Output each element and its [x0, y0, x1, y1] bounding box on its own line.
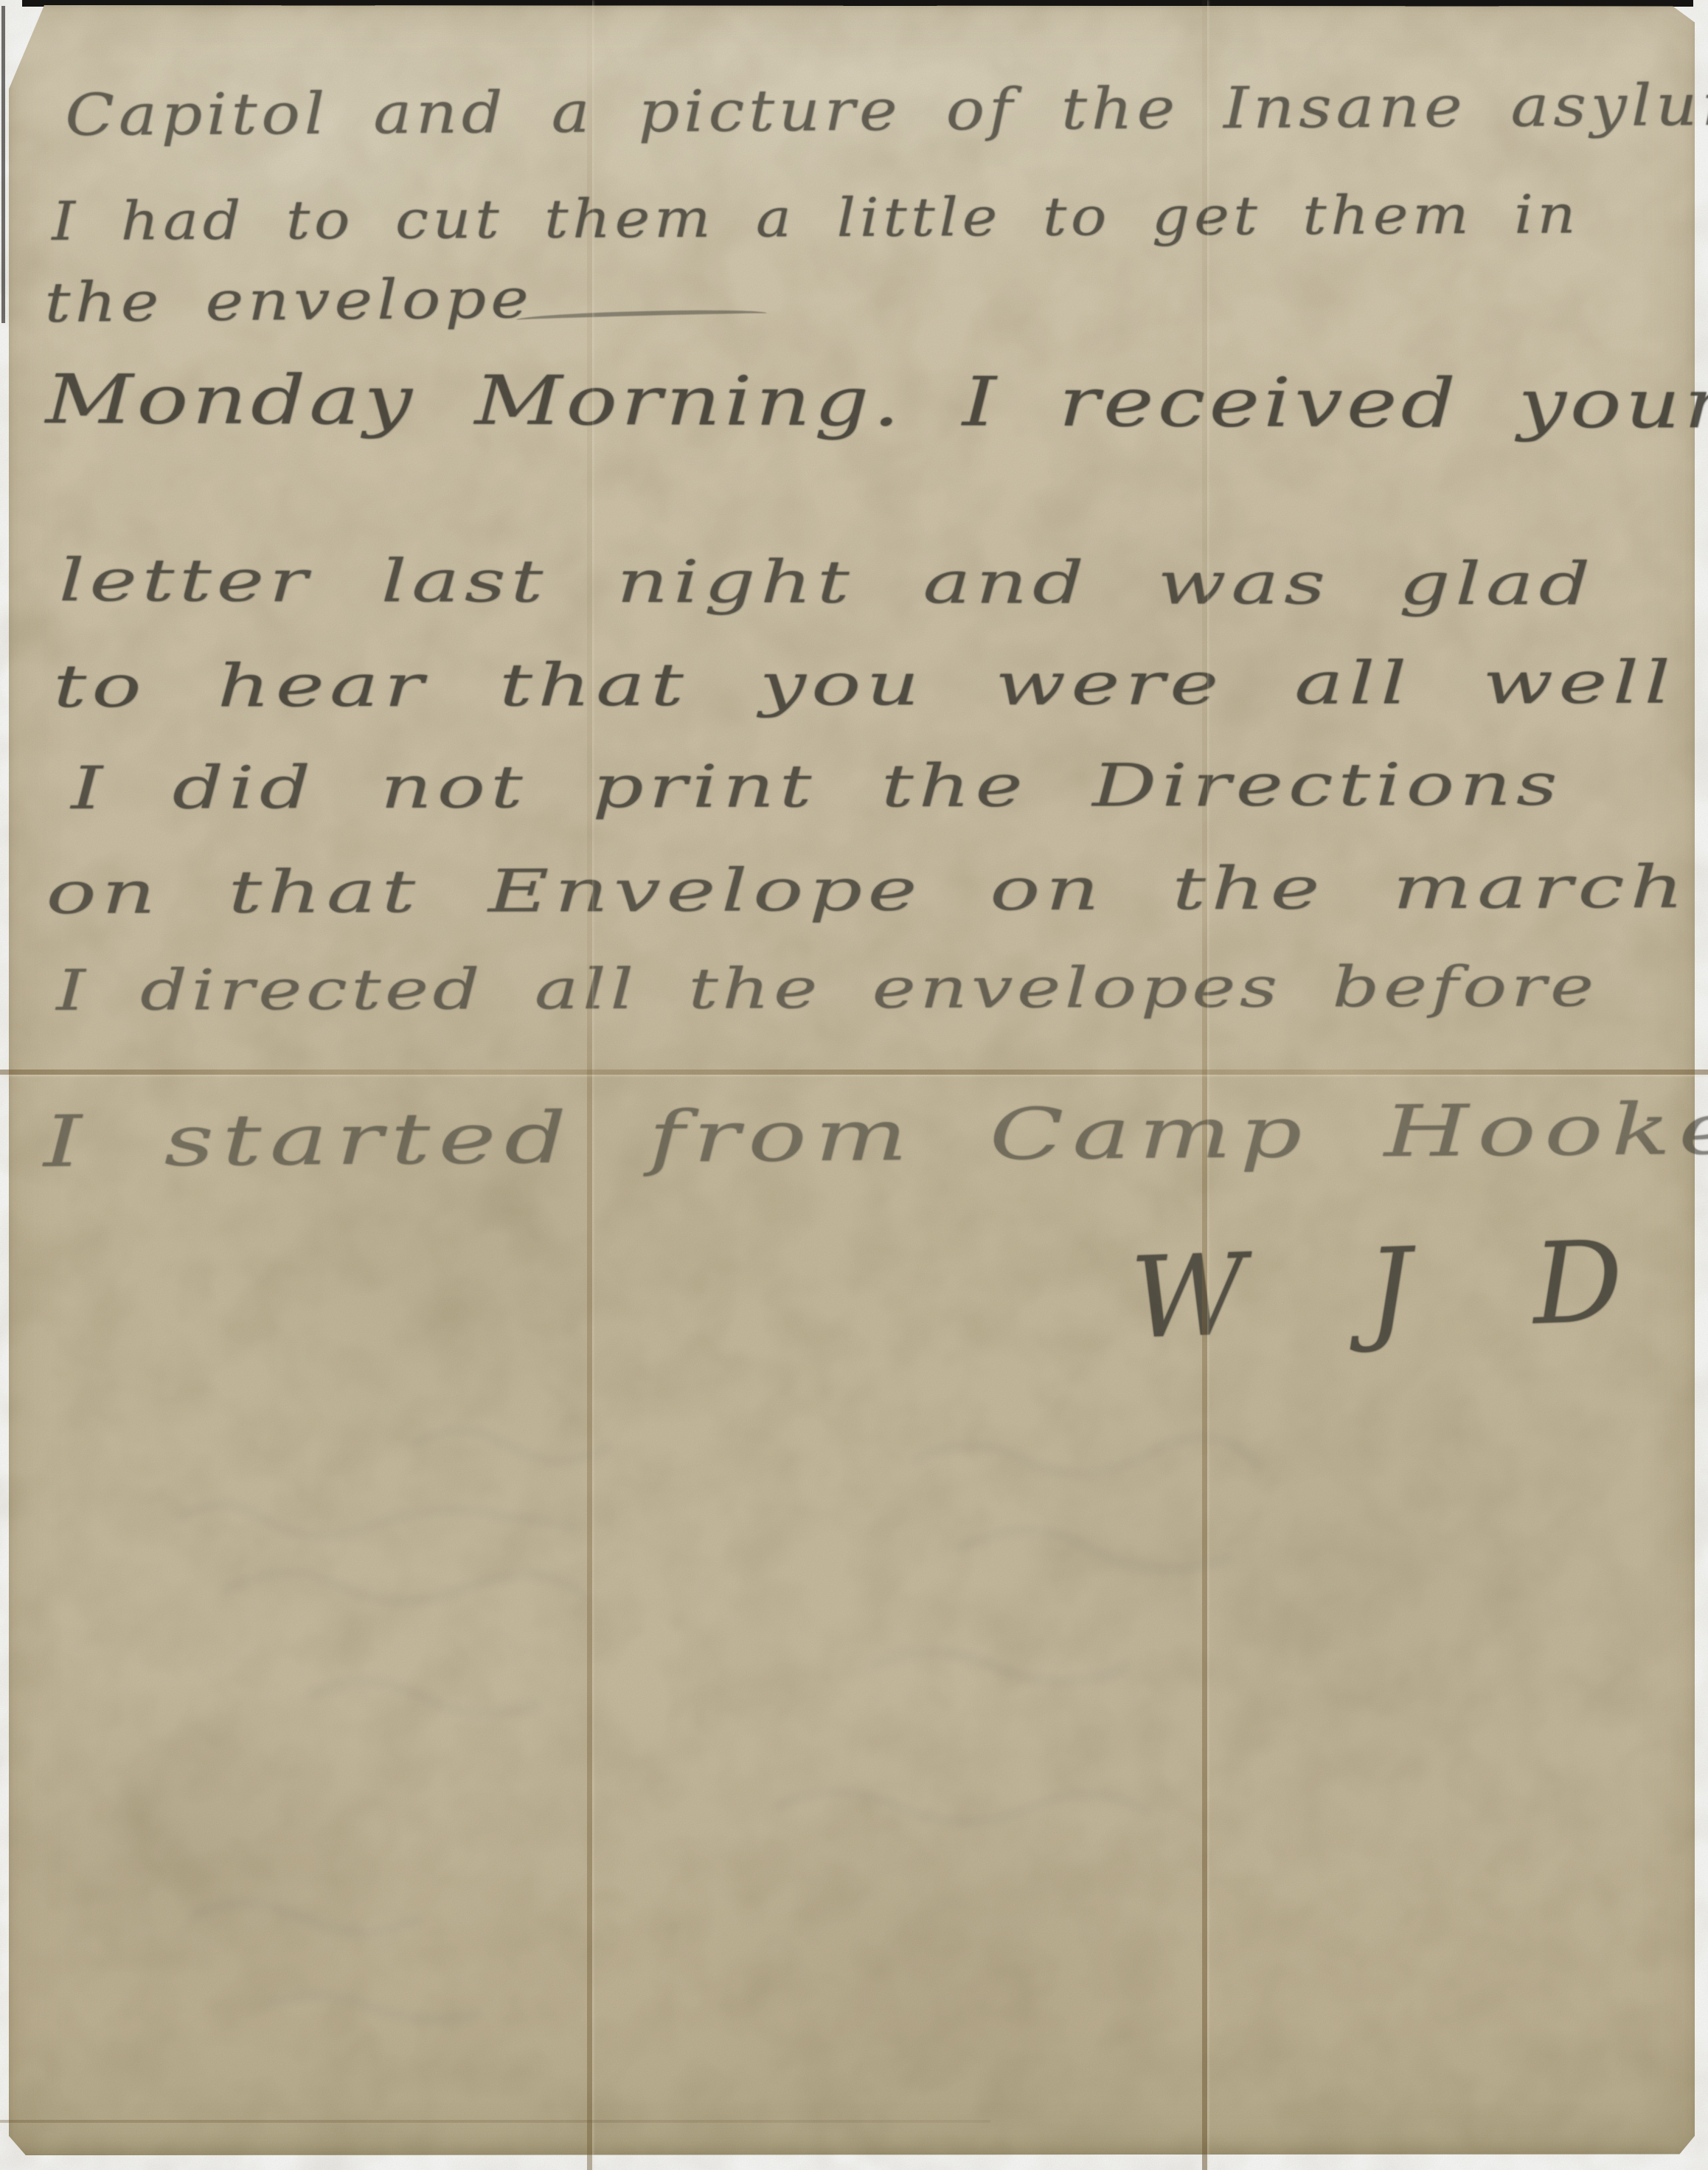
scan-edge-sliver — [1, 6, 5, 323]
letter-page — [9, 5, 1695, 2155]
